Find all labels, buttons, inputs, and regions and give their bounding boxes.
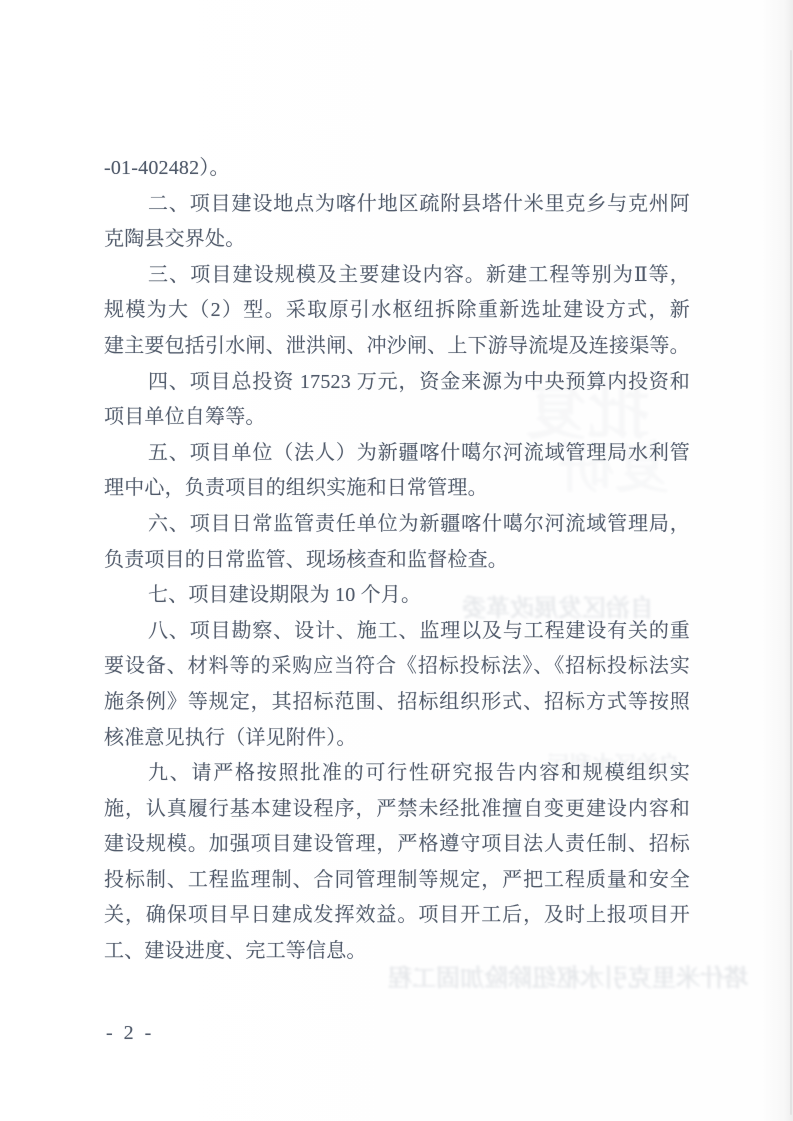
paragraph-line: 建设规模。加强项目建设管理，严格遵守项目法人责任制、招标 <box>104 827 690 863</box>
paragraph-line: 工、建设进度、完工等信息。 <box>104 934 690 970</box>
paragraph-line: 克陶县交界处。 <box>104 222 690 258</box>
paragraph: 六、项目日常监管责任单位为新疆喀什噶尔河流域管理局，负责项目的日常监管、现场核查… <box>104 507 690 578</box>
paragraph-line: -01-402482）。 <box>104 151 690 187</box>
scanned-document-page: 批复复研自治区发展改革委自治区水利厅塔什米里克引水枢纽除险加固工程 -01-40… <box>0 0 793 1121</box>
paragraph-line: 核准意见执行（详见附件）。 <box>104 721 690 757</box>
paragraph: 八、项目勘察、设计、施工、监理以及与工程建设有关的重要设备、材料等的采购应当符合… <box>104 614 690 756</box>
paragraph-line: 施条例》等规定，其招标范围、招标组织形式、招标方式等按照 <box>104 685 690 721</box>
paragraph-line: 关，确保项目早日建成发挥效益。项目开工后，及时上报项目开 <box>104 898 690 934</box>
scan-edge-artifact <box>790 50 792 1115</box>
paragraph: -01-402482）。 <box>104 151 690 187</box>
paragraph-line: 七、项目建设期限为 10 个月。 <box>104 578 690 614</box>
paragraph: 七、项目建设期限为 10 个月。 <box>104 578 690 614</box>
paragraph-line: 理中心，负责项目的组织实施和日常管理。 <box>104 471 690 507</box>
paragraph-line: 要设备、材料等的采购应当符合《招标投标法》、《招标投标法实 <box>104 649 690 685</box>
paragraph-line: 六、项目日常监管责任单位为新疆喀什噶尔河流域管理局， <box>104 507 690 543</box>
paragraph-line: 建主要包括引水闸、泄洪闸、冲沙闸、上下游导流堤及连接渠等。 <box>104 329 690 365</box>
paragraph-line: 项目单位自筹等。 <box>104 400 690 436</box>
paragraph-line: 投标制、工程监理制、合同管理制等规定，严把工程质量和安全 <box>104 863 690 899</box>
paragraph-line: 规模为大（2）型。采取原引水枢纽拆除重新选址建设方式，新 <box>104 293 690 329</box>
paragraph-line: 三、项目建设规模及主要建设内容。新建工程等别为Ⅱ等， <box>104 258 690 294</box>
paragraph-line: 四、项目总投资 17523 万元，资金来源为中央预算内投资和 <box>104 365 690 401</box>
paragraph: 五、项目单位（法人）为新疆喀什噶尔河流域管理局水利管理中心，负责项目的组织实施和… <box>104 436 690 507</box>
paragraph: 四、项目总投资 17523 万元，资金来源为中央预算内投资和项目单位自筹等。 <box>104 365 690 436</box>
paragraph: 二、项目建设地点为喀什地区疏附县塔什米里克乡与克州阿克陶县交界处。 <box>104 187 690 258</box>
paragraph: 三、项目建设规模及主要建设内容。新建工程等别为Ⅱ等，规模为大（2）型。采取原引水… <box>104 258 690 365</box>
paragraph-line: 二、项目建设地点为喀什地区疏附县塔什米里克乡与克州阿 <box>104 187 690 223</box>
paragraph: 九、请严格按照批准的可行性研究报告内容和规模组织实施，认真履行基本建设程序，严禁… <box>104 756 690 970</box>
paragraph-line: 五、项目单位（法人）为新疆喀什噶尔河流域管理局水利管 <box>104 436 690 472</box>
document-body: -01-402482）。二、项目建设地点为喀什地区疏附县塔什米里克乡与克州阿克陶… <box>104 151 690 970</box>
paragraph-line: 负责项目的日常监管、现场核查和监督检查。 <box>104 543 690 579</box>
page-number: - 2 - <box>106 1022 154 1045</box>
paragraph-line: 施，认真履行基本建设程序，严禁未经批准擅自变更建设内容和 <box>104 792 690 828</box>
paragraph-line: 九、请严格按照批准的可行性研究报告内容和规模组织实 <box>104 756 690 792</box>
paragraph-line: 八、项目勘察、设计、施工、监理以及与工程建设有关的重 <box>104 614 690 650</box>
